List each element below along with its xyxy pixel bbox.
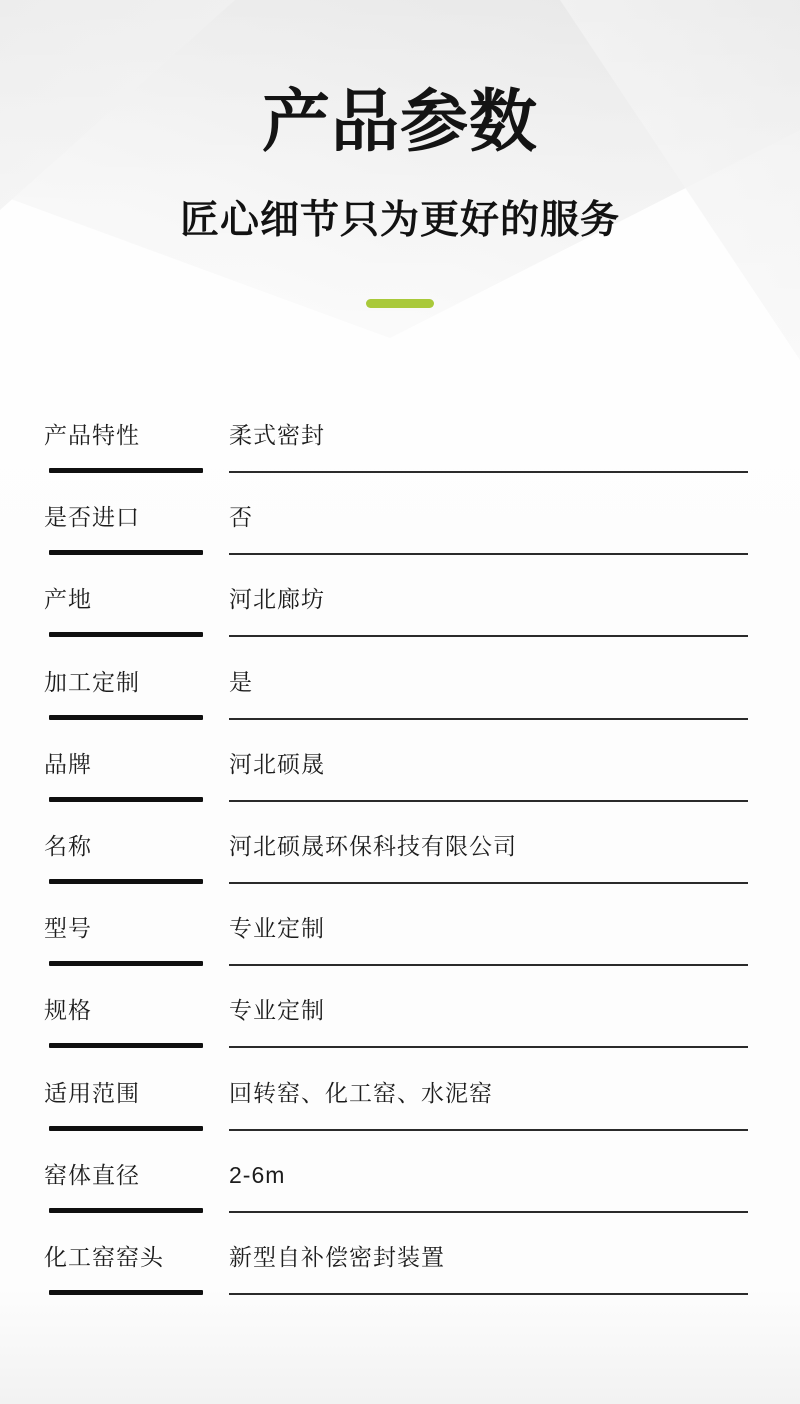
- param-label: 适用范围: [44, 1080, 140, 1107]
- value-rule: [229, 1129, 748, 1131]
- value-rule: [229, 635, 748, 637]
- param-label: 化工窑窑头: [44, 1244, 164, 1271]
- label-underline: [49, 468, 203, 473]
- value-rule: [229, 1293, 748, 1295]
- label-underline: [49, 632, 203, 637]
- param-label: 是否进口: [44, 504, 140, 531]
- param-value: 新型自补偿密封装置: [229, 1244, 445, 1271]
- param-label: 型号: [44, 915, 92, 942]
- page-subtitle: 匠心细节只为更好的服务: [0, 198, 800, 244]
- value-rule: [229, 718, 748, 720]
- param-label: 名称: [44, 833, 92, 860]
- param-row: 规格 专业定制: [0, 980, 800, 1062]
- param-value: 柔式密封: [229, 422, 325, 449]
- label-underline: [49, 1208, 203, 1213]
- value-rule: [229, 882, 748, 884]
- param-label: 品牌: [44, 751, 92, 778]
- param-value: 否: [229, 504, 253, 531]
- param-label: 规格: [44, 997, 92, 1024]
- value-rule: [229, 471, 748, 473]
- params-table: 产品特性 柔式密封 是否进口 否 产地 河北廊坊 加工定制 是 品牌 河北硕晟 …: [0, 405, 800, 1309]
- param-value: 河北硕晟环保科技有限公司: [229, 833, 517, 860]
- param-row: 产地 河北廊坊: [0, 569, 800, 651]
- param-value: 是: [229, 669, 253, 696]
- value-rule: [229, 800, 748, 802]
- param-row: 型号 专业定制: [0, 898, 800, 980]
- value-rule: [229, 1211, 748, 1213]
- param-row: 化工窑窑头 新型自补偿密封装置: [0, 1227, 800, 1309]
- param-value: 2-6m: [229, 1162, 285, 1189]
- param-label: 加工定制: [44, 669, 140, 696]
- param-label: 窑体直径: [44, 1162, 140, 1189]
- label-underline: [49, 1043, 203, 1048]
- param-row: 名称 河北硕晟环保科技有限公司: [0, 816, 800, 898]
- param-value: 河北廊坊: [229, 586, 325, 613]
- value-rule: [229, 553, 748, 555]
- label-underline: [49, 1290, 203, 1295]
- param-row: 产品特性 柔式密封: [0, 405, 800, 487]
- param-label: 产地: [44, 586, 92, 613]
- accent-divider: [366, 299, 434, 308]
- value-rule: [229, 1046, 748, 1048]
- param-row: 适用范围 回转窑、化工窑、水泥窑: [0, 1063, 800, 1145]
- label-underline: [49, 1126, 203, 1131]
- param-row: 是否进口 否: [0, 487, 800, 569]
- param-label: 产品特性: [44, 422, 140, 449]
- label-underline: [49, 550, 203, 555]
- param-value: 回转窑、化工窑、水泥窑: [229, 1080, 493, 1107]
- label-underline: [49, 797, 203, 802]
- label-underline: [49, 879, 203, 884]
- param-row: 品牌 河北硕晟: [0, 734, 800, 816]
- param-value: 专业定制: [229, 997, 325, 1024]
- param-value: 专业定制: [229, 915, 325, 942]
- param-row: 加工定制 是: [0, 652, 800, 734]
- param-row: 窑体直径 2-6m: [0, 1145, 800, 1227]
- param-value: 河北硕晟: [229, 751, 325, 778]
- page-title: 产品参数: [0, 84, 800, 160]
- value-rule: [229, 964, 748, 966]
- label-underline: [49, 715, 203, 720]
- label-underline: [49, 961, 203, 966]
